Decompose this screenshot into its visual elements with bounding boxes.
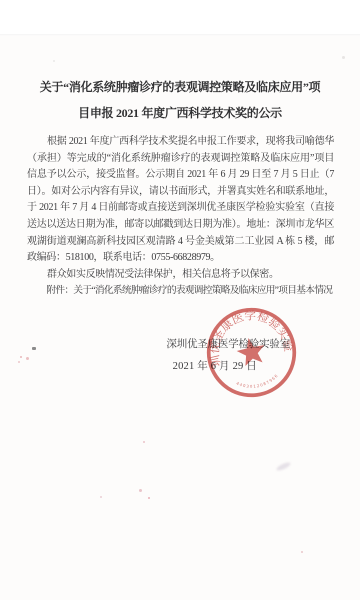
scan-speck [301, 551, 303, 553]
official-seal-stamp-icon: 深圳优圣康医学检验实验室 4403012087966 [196, 297, 306, 407]
scan-speck [32, 347, 36, 350]
scan-speck [18, 361, 20, 363]
scan-speck [53, 60, 55, 62]
body-paragraph-main: 根据 2021 年度广西科学技术奖提名申报工作要求，现将我司喻德华（承担）等完成… [27, 134, 334, 267]
body-paragraph-protection: 群众如实反映情况受法律保护，相关信息将予以保密。 [27, 267, 334, 284]
body-paragraph-attachment: 附件：关于“消化系统肿瘤诊疗的表观调控策略及临床应用”项目基本情况 [27, 283, 334, 300]
scan-speck [20, 356, 22, 358]
document-title: 关于“消化系统肿瘤诊疗的表观调控策略及临床应用”项 目申报 2021 年度广西科… [0, 74, 360, 126]
scan-paper-edge [0, 34, 360, 36]
seal-star-icon [235, 335, 268, 367]
scan-speck [139, 489, 142, 492]
document-title-line2: 目申报 2021 年度广西科学技术奖的公示 [0, 100, 360, 126]
scanned-document-page: 关于“消化系统肿瘤诊疗的表观调控策略及临床应用”项 目申报 2021 年度广西科… [0, 0, 360, 600]
scan-speck [26, 357, 29, 360]
document-body: 根据 2021 年度广西科学技术奖提名申报工作要求，现将我司喻德华（承担）等完成… [27, 134, 334, 300]
scan-speck [143, 441, 145, 443]
scan-speck [100, 496, 102, 498]
document-title-line1: 关于“消化系统肿瘤诊疗的表观调控策略及临床应用”项 [0, 74, 360, 100]
scan-smudge [276, 461, 292, 472]
scan-speck [148, 497, 150, 499]
scan-speck [342, 56, 345, 59]
